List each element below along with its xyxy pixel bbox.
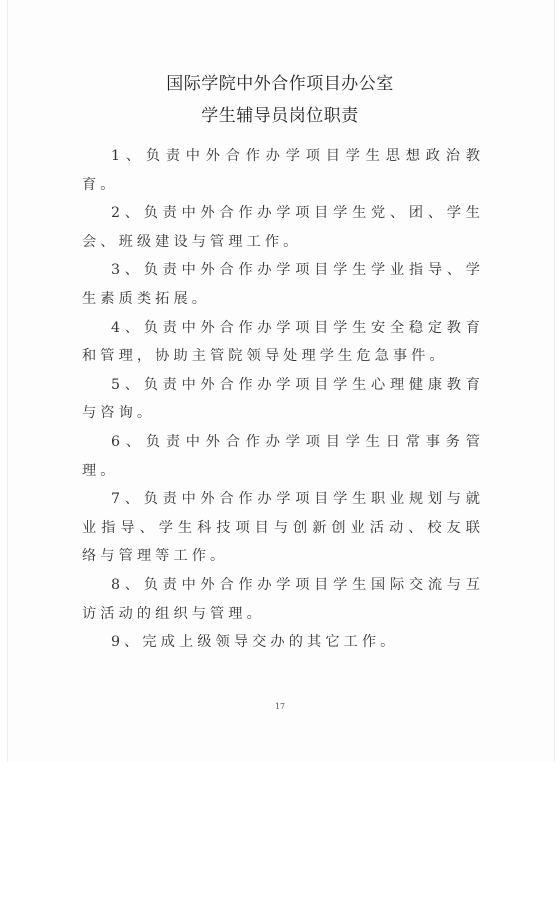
duty-item: 9、完成上级领导交办的其它工作。 (82, 628, 484, 657)
duties-list: 1、负责中外合作办学项目学生思想政治教育。 2、负责中外合作办学项目学生党、团、… (82, 142, 484, 657)
duty-item: 3、负责中外合作办学项目学生学业指导、学生素质类拓展。 (82, 256, 484, 313)
document-subtitle: 学生辅导员岗位职责 (0, 101, 560, 126)
duty-item: 4、负责中外合作办学项目学生安全稳定教育和管理，协助主管院领导处理学生危急事件。 (82, 314, 484, 371)
duty-item: 8、负责中外合作办学项目学生国际交流与互访活动的组织与管理。 (82, 571, 484, 628)
duty-item: 2、负责中外合作办学项目学生党、团、学生会、班级建设与管理工作。 (82, 199, 484, 256)
duty-item: 7、负责中外合作办学项目学生职业规划与就业指导、学生科技项目与创新创业活动、校友… (82, 485, 484, 571)
page-number: 17 (0, 702, 560, 711)
duty-item: 6、负责中外合作办学项目学生日常事务管理。 (82, 428, 484, 485)
duty-item: 5、负责中外合作办学项目学生心理健康教育与咨询。 (82, 371, 484, 428)
duty-item: 1、负责中外合作办学项目学生思想政治教育。 (82, 142, 484, 199)
document-title: 国际学院中外合作项目办公室 (0, 69, 560, 94)
